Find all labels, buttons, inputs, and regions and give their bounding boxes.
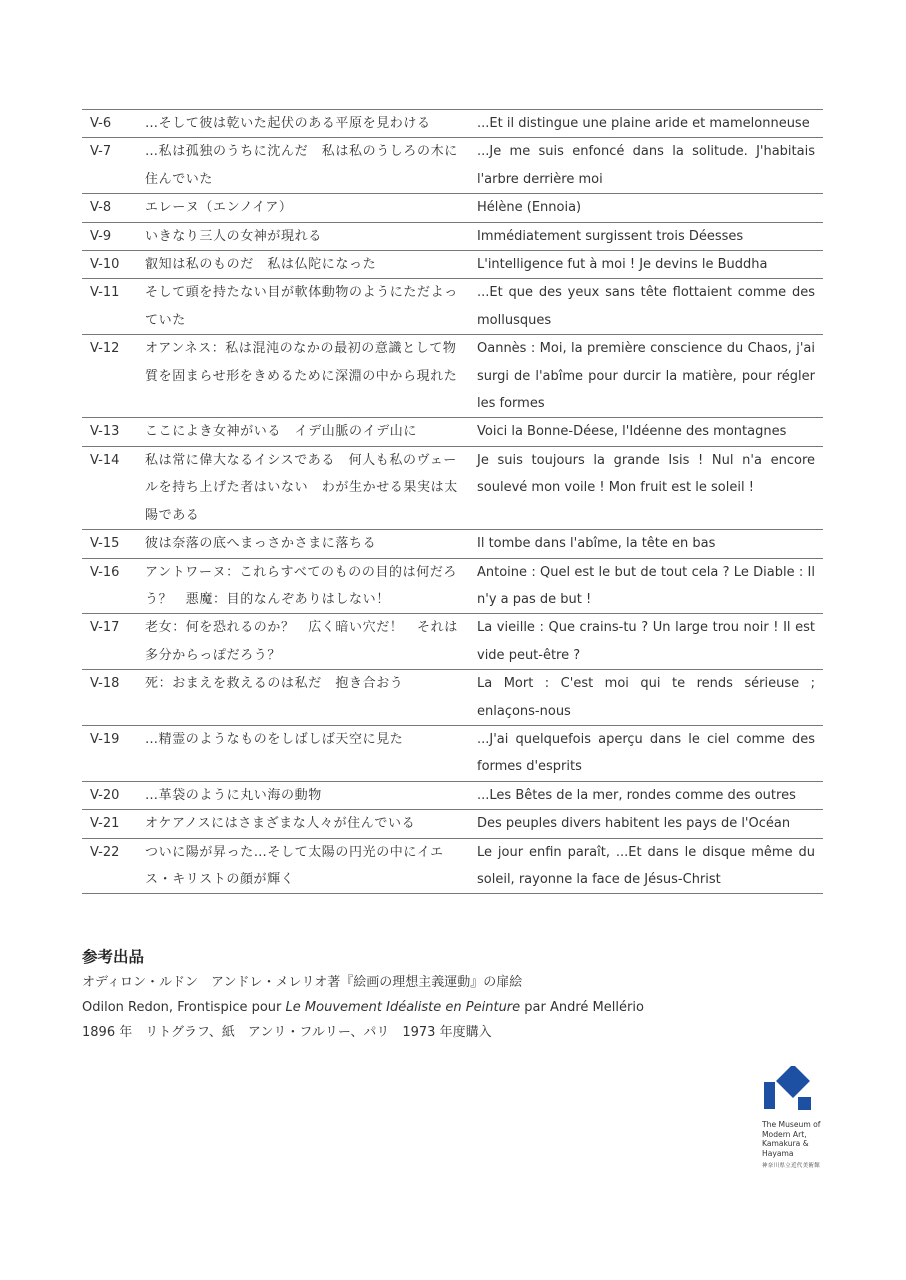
japanese-title: 私は常に偉大なるイシスである 何人も私のヴェールを持ち上げた者はいない わが生か…	[145, 447, 475, 529]
french-title: ...Et il distingue une plaine aride et m…	[475, 110, 823, 137]
japanese-title: いきなり三人の女神が現れる	[145, 223, 475, 250]
table-row: V-19 …精霊のようなものをしばしば天空に見た ...J'ai quelque…	[82, 726, 823, 782]
table-row: V-20 …革袋のように丸い海の動物 ...Les Bêtes de la me…	[82, 782, 823, 810]
french-title: Le jour enfin paraît, ...Et dans le disq…	[475, 839, 823, 894]
work-number: V-18	[82, 670, 145, 725]
table-row: V-9 いきなり三人の女神が現れる Immédiatement surgisse…	[82, 223, 823, 251]
work-number: V-11	[82, 279, 145, 334]
french-title: ...Je me suis enfoncé dans la solitude. …	[475, 138, 823, 193]
table-row: V-6 …そして彼は乾いた起伏のある平原を見わける ...Et il disti…	[82, 110, 823, 138]
french-title: Il tombe dans l'abîme, la tête en bas	[475, 530, 823, 557]
caption-suffix: par André Mellério	[520, 1000, 644, 1015]
work-number: V-12	[82, 335, 145, 417]
book-title: Le Mouvement Idéaliste en Peinture	[286, 1000, 521, 1015]
french-title: ...Et que des yeux sans tête flottaient …	[475, 279, 823, 334]
museum-name-line: Hayama	[762, 1149, 832, 1159]
japanese-title: アントワーヌ：これらすべてのものの目的は何だろう？ 悪魔：目的なんぞありはしない…	[145, 559, 475, 614]
work-number: V-9	[82, 223, 145, 250]
work-number: V-15	[82, 530, 145, 557]
japanese-title: オケアノスにはさまざまな人々が住んでいる	[145, 810, 475, 837]
work-number: V-13	[82, 418, 145, 445]
work-number: V-16	[82, 559, 145, 614]
japanese-title: エレーヌ（エンノイア）	[145, 194, 475, 221]
japanese-title: …私は孤独のうちに沈んだ 私は私のうしろの木に住んでいた	[145, 138, 475, 193]
work-number: V-7	[82, 138, 145, 193]
work-number: V-22	[82, 839, 145, 894]
table-row: V-17 老女：何を恐れるのか？ 広く暗い穴だ！ それは多分からっぽだろう？ L…	[82, 614, 823, 670]
french-title: Immédiatement surgissent trois Déesses	[475, 223, 823, 250]
museum-logo-icon	[762, 1066, 814, 1112]
table-row: V-16 アントワーヌ：これらすべてのものの目的は何だろう？ 悪魔：目的なんぞあ…	[82, 559, 823, 615]
table-row: V-15 彼は奈落の底へまっさかさまに落ちる Il tombe dans l'a…	[82, 530, 823, 558]
work-number: V-6	[82, 110, 145, 137]
table-row: V-14 私は常に偉大なるイシスである 何人も私のヴェールを持ち上げた者はいない…	[82, 447, 823, 530]
french-title: La Mort : C'est moi qui te rends sérieus…	[475, 670, 823, 725]
french-title: La vieille : Que crains-tu ? Un large tr…	[475, 614, 823, 669]
work-number: V-14	[82, 447, 145, 529]
table-row: V-13 ここによき女神がいる イデ山脈のイデ山に Voici la Bonne…	[82, 418, 823, 446]
table-row: V-7 …私は孤独のうちに沈んだ 私は私のうしろの木に住んでいた ...Je m…	[82, 138, 823, 194]
french-title: Hélène (Ennoia)	[475, 194, 823, 221]
table-row: V-21 オケアノスにはさまざまな人々が住んでいる Des peuples di…	[82, 810, 823, 838]
work-number: V-17	[82, 614, 145, 669]
japanese-title: ついに陽が昇った…そして太陽の円光の中にイエス・キリストの顔が輝く	[145, 839, 475, 894]
japanese-title: 叡知は私のものだ 私は仏陀になった	[145, 251, 475, 278]
museum-name: The Museum of Modern Art, Kamakura & Hay…	[762, 1120, 832, 1158]
reference-details: 1896 年 リトグラフ、紙 アンリ・フルリー、パリ 1973 年度購入	[82, 1020, 644, 1045]
japanese-title: 老女：何を恐れるのか？ 広く暗い穴だ！ それは多分からっぽだろう？	[145, 614, 475, 669]
table-row: V-8 エレーヌ（エンノイア） Hélène (Ennoia)	[82, 194, 823, 222]
section-heading: 参考出品	[82, 946, 644, 968]
japanese-title: …そして彼は乾いた起伏のある平原を見わける	[145, 110, 475, 137]
french-title: ...J'ai quelquefois aperçu dans le ciel …	[475, 726, 823, 781]
japanese-title: 死：おまえを救えるのは私だ 抱き合おう	[145, 670, 475, 725]
museum-name-line: Kamakura &	[762, 1139, 832, 1149]
museum-name-japanese: 神奈川県立近代美術館	[762, 1161, 832, 1169]
table-row: V-10 叡知は私のものだ 私は仏陀になった L'intelligence fu…	[82, 251, 823, 279]
french-title: Antoine : Quel est le but de tout cela ?…	[475, 559, 823, 614]
table-row: V-22 ついに陽が昇った…そして太陽の円光の中にイエス・キリストの顔が輝く L…	[82, 839, 823, 895]
reference-japanese-caption: オディロン・ルドン アンドレ・メレリオ著『絵画の理想主義運動』の扉絵	[82, 970, 644, 995]
work-number: V-20	[82, 782, 145, 809]
table-row: V-11 そして頭を持たない目が軟体動物のようにただよっていた ...Et qu…	[82, 279, 823, 335]
table-row: V-18 死：おまえを救えるのは私だ 抱き合おう La Mort : C'est…	[82, 670, 823, 726]
japanese-title: …革袋のように丸い海の動物	[145, 782, 475, 809]
french-title: Je suis toujours la grande Isis ! Nul n'…	[475, 447, 823, 529]
reference-french-caption: Odilon Redon, Frontispice pour Le Mouvem…	[82, 995, 644, 1020]
work-number: V-19	[82, 726, 145, 781]
french-title: Des peuples divers habitent les pays de …	[475, 810, 823, 837]
japanese-title: オアンネス：私は混沌のなかの最初の意識として物質を固まらせ形をきめるために深淵の…	[145, 335, 475, 417]
museum-name-line: The Museum of	[762, 1120, 832, 1130]
museum-name-line: Modern Art,	[762, 1130, 832, 1140]
work-number: V-8	[82, 194, 145, 221]
artwork-table: V-6 …そして彼は乾いた起伏のある平原を見わける ...Et il disti…	[82, 109, 823, 894]
work-number: V-10	[82, 251, 145, 278]
work-number: V-21	[82, 810, 145, 837]
french-title: Voici la Bonne-Déese, l'Idéenne des mont…	[475, 418, 823, 445]
french-title: Oannès : Moi, la première conscience du …	[475, 335, 823, 417]
caption-prefix: Odilon Redon, Frontispice pour	[82, 1000, 286, 1015]
japanese-title: 彼は奈落の底へまっさかさまに落ちる	[145, 530, 475, 557]
french-title: ...Les Bêtes de la mer, rondes comme des…	[475, 782, 823, 809]
table-row: V-12 オアンネス：私は混沌のなかの最初の意識として物質を固まらせ形をきめるた…	[82, 335, 823, 418]
reference-exhibit-section: 参考出品 オディロン・ルドン アンドレ・メレリオ著『絵画の理想主義運動』の扉絵 …	[82, 946, 644, 1045]
japanese-title: …精霊のようなものをしばしば天空に見た	[145, 726, 475, 781]
japanese-title: そして頭を持たない目が軟体動物のようにただよっていた	[145, 279, 475, 334]
museum-logo: The Museum of Modern Art, Kamakura & Hay…	[762, 1066, 832, 1169]
french-title: L'intelligence fut à moi ! Je devins le …	[475, 251, 823, 278]
japanese-title: ここによき女神がいる イデ山脈のイデ山に	[145, 418, 475, 445]
